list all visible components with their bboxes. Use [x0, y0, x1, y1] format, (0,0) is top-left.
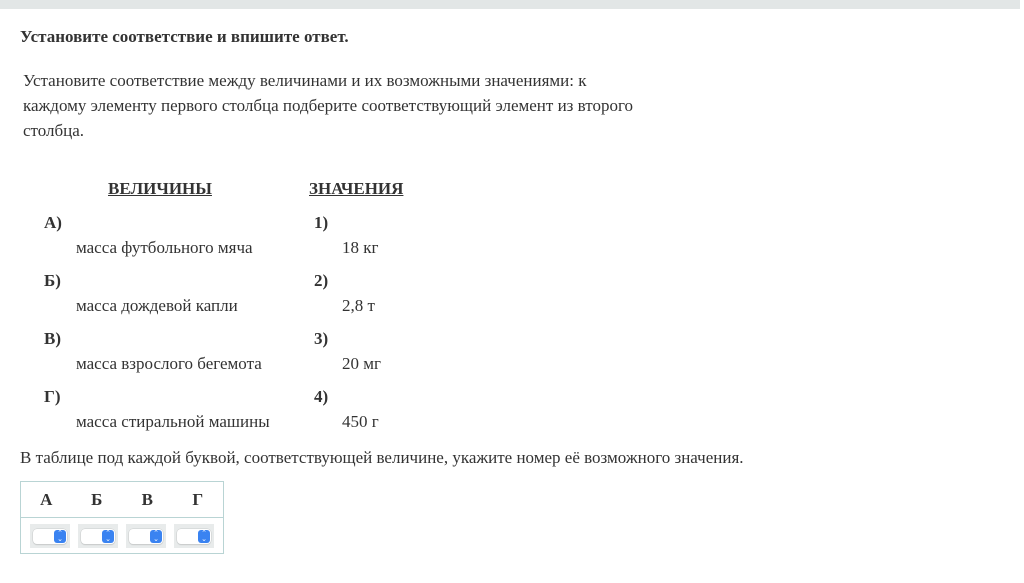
- value-text: 18 кг: [342, 238, 378, 258]
- answer-select-a[interactable]: ⌃⌄: [33, 529, 67, 544]
- quantity-text: масса взрослого бегемота: [76, 354, 262, 374]
- task-title: Установите соответствие и впишите ответ.: [20, 27, 349, 47]
- quantity-text: масса дождевой капли: [76, 296, 238, 316]
- quantity-letter: Б): [44, 271, 61, 291]
- quantity-text: масса стиральной машины: [76, 412, 270, 432]
- answer-header-b: Б: [72, 482, 123, 517]
- answer-table-header: А Б В Г: [21, 482, 223, 518]
- quantity-letter: А): [44, 213, 62, 233]
- answer-select-cell: ⌃⌄: [174, 524, 214, 548]
- quantity-letter: Г): [44, 387, 60, 407]
- answer-header-a: А: [21, 482, 72, 517]
- value-number: 2): [314, 271, 328, 291]
- answer-table-body: ⌃⌄ ⌃⌄ ⌃⌄ ⌃⌄: [21, 518, 223, 554]
- answer-select-b[interactable]: ⌃⌄: [81, 529, 115, 544]
- answer-header-v: В: [122, 482, 173, 517]
- up-down-arrows-icon: ⌃⌄: [54, 530, 66, 543]
- answer-select-g[interactable]: ⌃⌄: [177, 529, 211, 544]
- top-bar: [0, 0, 1020, 9]
- up-down-arrows-icon: ⌃⌄: [198, 530, 210, 543]
- value-number: 3): [314, 329, 328, 349]
- answer-select-cell: ⌃⌄: [126, 524, 166, 548]
- answer-select-cell: ⌃⌄: [30, 524, 70, 548]
- answer-header-g: Г: [173, 482, 224, 517]
- up-down-arrows-icon: ⌃⌄: [150, 530, 162, 543]
- answer-instruction: В таблице под каждой буквой, соответству…: [20, 448, 744, 468]
- column-header-quantities: ВЕЛИЧИНЫ: [108, 179, 212, 199]
- column-header-values: ЗНАЧЕНИЯ: [309, 179, 403, 199]
- up-down-arrows-icon: ⌃⌄: [102, 530, 114, 543]
- value-text: 20 мг: [342, 354, 381, 374]
- value-text: 450 г: [342, 412, 379, 432]
- answer-table: А Б В Г ⌃⌄ ⌃⌄ ⌃⌄ ⌃⌄: [20, 481, 224, 554]
- quantity-letter: В): [44, 329, 61, 349]
- value-text: 2,8 т: [342, 296, 375, 316]
- quantity-text: масса футбольного мяча: [76, 238, 253, 258]
- task-intro: Установите соответствие между величинами…: [23, 68, 643, 143]
- answer-select-cell: ⌃⌄: [78, 524, 118, 548]
- value-number: 4): [314, 387, 328, 407]
- answer-select-v[interactable]: ⌃⌄: [129, 529, 163, 544]
- value-number: 1): [314, 213, 328, 233]
